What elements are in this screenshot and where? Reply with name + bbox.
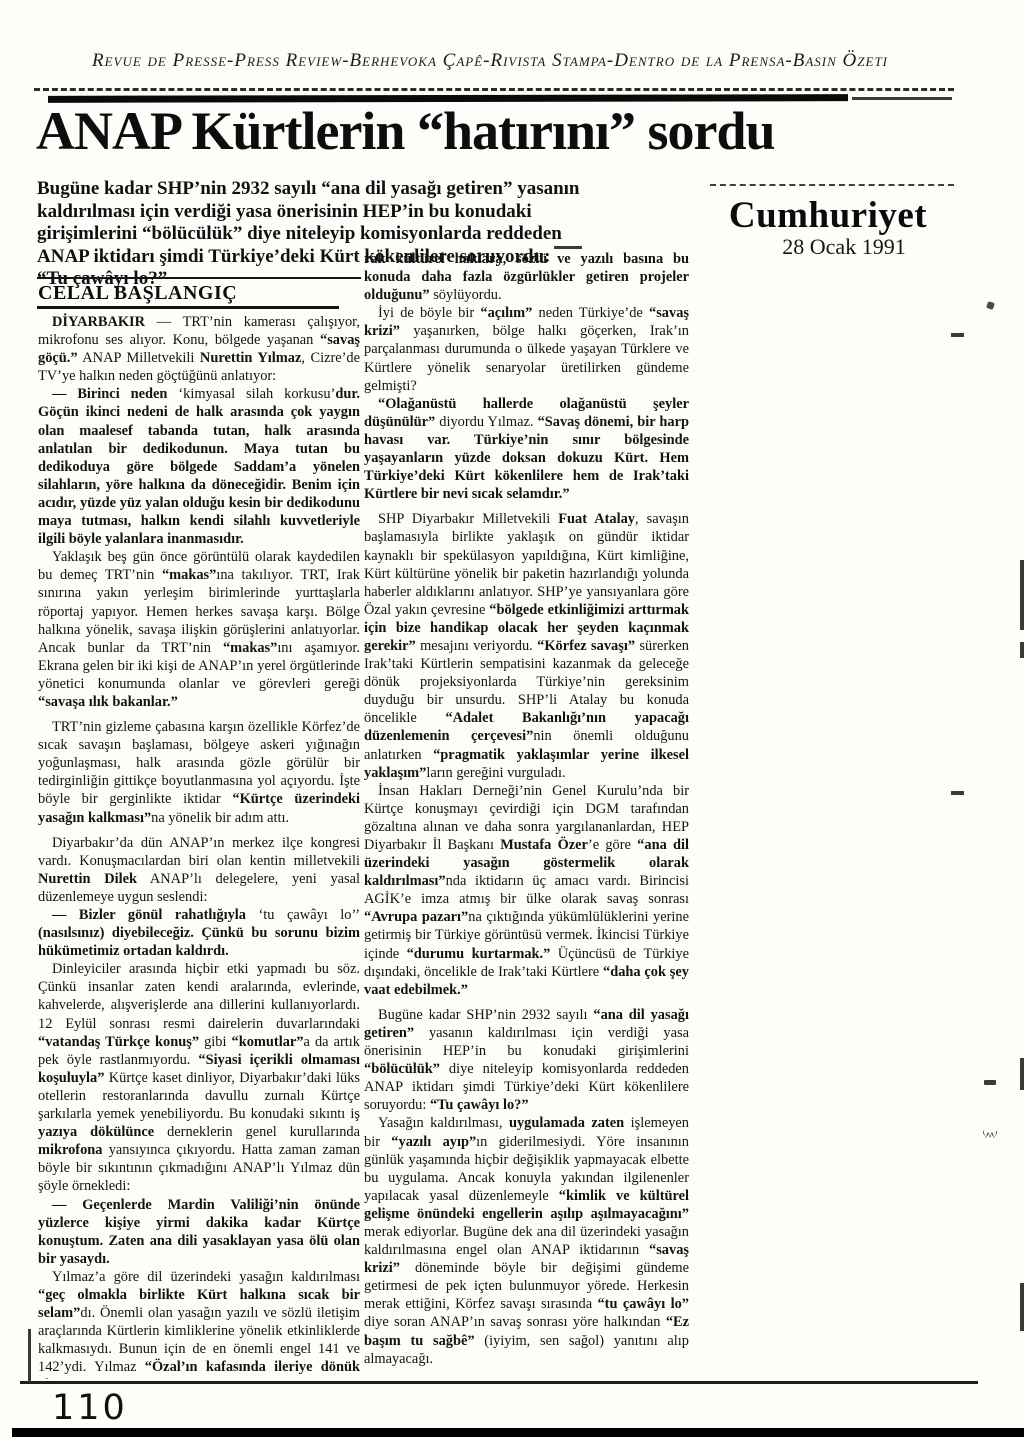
- emphasis-text: “durumu kurtarmak.”: [407, 946, 551, 962]
- emphasis-text: yazıya dökülünce: [38, 1124, 154, 1140]
- article-paragraph: Diyarbakır’da dün ANAP’ın merkez ilçe ko…: [38, 834, 360, 906]
- newspaper-page: Revue de Presse-Press Review-Berhevoka Ç…: [0, 0, 1024, 1437]
- body-text: ların gereğini vurguladı.: [426, 765, 565, 781]
- emphasis-text: “savaşa ılık bakanlar.”: [38, 694, 178, 710]
- body-text: derneklerin genel kurullarında: [154, 1124, 360, 1140]
- emphasis-text: “Tu çawâyı lo?”: [430, 1097, 529, 1113]
- byline-rule-bottom: [37, 306, 339, 309]
- body-text: ‘tu çawâyı lo’’: [259, 907, 360, 923]
- body-text: Yılmaz’a göre dil üzerindeki yasağın kal…: [52, 1269, 360, 1285]
- emphasis-text: “Körfez savaşı”: [537, 638, 635, 654]
- emphasis-text: “komutlar”: [232, 1034, 304, 1050]
- article-paragraph: TRT’nin gizleme çabasına karşın özellikl…: [38, 718, 360, 827]
- body-text: merak ediyorlar. Bugüne dek ana dil üzer…: [364, 1224, 689, 1258]
- emphasis-text: “makas”: [223, 640, 277, 656]
- emphasis-text: “açılım”: [480, 305, 532, 321]
- article-paragraph: İnsan Hakları Derneği’nin Genel Kurulu’n…: [364, 782, 689, 999]
- header-dashed-rule: [34, 88, 954, 91]
- body-text: yaşanırken, bölge halkı göçerken, Irak’ı…: [364, 323, 689, 393]
- body-text: Yasağın kaldırılması,: [378, 1115, 509, 1131]
- emphasis-text: “bölücülük”: [364, 1061, 440, 1077]
- emphasis-text: — Birinci neden: [52, 386, 178, 402]
- body-text: SHP Diyarbakır Milletvekili: [378, 511, 558, 527]
- byline-rule-top: [37, 277, 361, 279]
- scan-artifact: [554, 246, 582, 249]
- article-paragraph: DİYARBAKIR — TRT’nin kamerası çalışıyor,…: [38, 313, 360, 385]
- body-text: söylüyordu.: [430, 287, 502, 303]
- body-text: neden Türkiye’de: [532, 305, 649, 321]
- article-paragraph: — Birinci neden ‘kimyasal silah korkusu’…: [38, 385, 360, 548]
- body-text: na yönelik bir adım attı.: [151, 810, 289, 826]
- article-paragraph: — Geçenlerde Mardin Valiliği’nin önünde …: [38, 1196, 360, 1268]
- lead-line: girişimlerini “bölücülük” diye niteleyip…: [37, 223, 647, 246]
- emphasis-text: “vatandaş Türkçe konuş”: [38, 1034, 199, 1050]
- emphasis-text: uygulamada zaten: [509, 1115, 624, 1131]
- page-number: 110: [52, 1388, 128, 1428]
- body-text: gibi: [199, 1034, 232, 1050]
- emphasis-text: Nurettin Yılmaz: [200, 350, 301, 366]
- newspaper-masthead: Cumhuriyet: [700, 194, 956, 237]
- article-paragraph: Yılmaz’a göre dil üzerindeki yasağın kal…: [38, 1268, 360, 1379]
- scan-edge-band: [12, 1428, 1024, 1437]
- article-headline: ANAP Kürtlerin “hatırını” sordu: [36, 100, 876, 162]
- scan-artifact: [983, 1130, 997, 1138]
- scan-artifact: [986, 301, 995, 310]
- press-review-header: Revue de Presse-Press Review-Berhevoka Ç…: [50, 50, 930, 72]
- body-text: ANAP Milletvekili: [78, 350, 200, 366]
- scan-artifact: [1020, 642, 1024, 658]
- issue-date: 28 Ocak 1991: [730, 234, 958, 260]
- article-paragraph: SHP Diyarbakır Milletvekili Fuat Atalay,…: [364, 510, 689, 781]
- article-paragraph: “Olağanüstü hallerde olağanüstü şeyler d…: [364, 395, 689, 504]
- article-paragraph: Bugüne kadar SHP’nin 2932 sayılı “ana di…: [364, 1006, 689, 1115]
- body-text: İyi de böyle bir: [378, 305, 480, 321]
- emphasis-text: “tu çawâyı lo”: [597, 1296, 689, 1312]
- scan-artifact: [984, 1080, 996, 1085]
- article-column-middle: rak kültürel haklara, sözlü ve yazılı ba…: [364, 250, 689, 1380]
- scan-artifact: [1020, 560, 1024, 630]
- scan-artifact: [28, 1329, 31, 1382]
- article-paragraph: Yasağın kaldırılması, uygulamada zaten i…: [364, 1114, 689, 1367]
- emphasis-text: Nurettin Dilek: [38, 871, 137, 887]
- footer-rule: [20, 1381, 978, 1384]
- author-byline: CELAL BAŞLANGIÇ: [38, 282, 237, 305]
- body-text: diyordu Yılmaz.: [435, 414, 537, 430]
- scan-artifact: [1020, 1283, 1024, 1331]
- body-text: Bugüne kadar SHP’nin 2932 sayılı: [378, 1007, 593, 1023]
- emphasis-text: Fuat Atalay: [558, 511, 635, 527]
- body-text: mesajını veriyordu.: [416, 638, 537, 654]
- article-paragraph: — Bizler gönül rahatlığıyla ‘tu çawâyı l…: [38, 906, 360, 960]
- emphasis-text: “yazılı ayıp”: [391, 1134, 476, 1150]
- article-paragraph: İyi de böyle bir “açılım” neden Türkiye’…: [364, 304, 689, 394]
- emphasis-text: rak kültürel haklara, sözlü ve yazılı ba…: [364, 251, 689, 303]
- article-column-left: DİYARBAKIR — TRT’nin kamerası çalışıyor,…: [38, 313, 360, 1379]
- emphasis-text: dur. Göçün ikinci nedeni de halk arasınd…: [38, 386, 360, 547]
- emphasis-text: DİYARBAKIR: [52, 314, 157, 330]
- body-text: diye soran ANAP’ın savaş sonrası yöre ha…: [364, 1314, 666, 1330]
- emphasis-text: mikrofona: [38, 1142, 103, 1158]
- scan-artifact: [951, 333, 964, 337]
- emphasis-text: “Avrupa pazarı”: [364, 909, 468, 925]
- body-text: ’e göre: [588, 837, 637, 853]
- emphasis-text: — Geçenlerde Mardin Valiliği’nin önünde …: [38, 1197, 360, 1267]
- emphasis-text: “makas”: [162, 567, 216, 583]
- article-paragraph: Dinleyiciler arasında hiçbir etki yapmad…: [38, 960, 360, 1195]
- emphasis-text: — Bizler gönül rahatlığıyla: [52, 907, 259, 923]
- article-paragraph: rak kültürel haklara, sözlü ve yazılı ba…: [364, 250, 689, 304]
- scan-artifact: [1020, 1058, 1024, 1090]
- lead-line: kaldırılması için verdiği yasa önerisini…: [37, 201, 647, 224]
- article-paragraph: Yaklaşık beş gün önce görüntülü olarak k…: [38, 548, 360, 711]
- lead-line: Bugüne kadar SHP’nin 2932 sayılı “ana di…: [37, 178, 647, 201]
- scan-artifact: [951, 791, 964, 795]
- emphasis-text: Mustafa Özer: [500, 837, 588, 853]
- body-text: Dinleyiciler arasında hiçbir etki yapmad…: [38, 961, 360, 1031]
- body-text: ‘kimyasal silah korkusu’: [178, 386, 335, 402]
- masthead-dashed-rule: [710, 184, 954, 186]
- body-text: Diyarbakır’da dün ANAP’ın merkez ilçe ko…: [38, 835, 360, 869]
- emphasis-text: (nasılsınız) diyebileceğiz. Çünkü bu sor…: [38, 925, 360, 959]
